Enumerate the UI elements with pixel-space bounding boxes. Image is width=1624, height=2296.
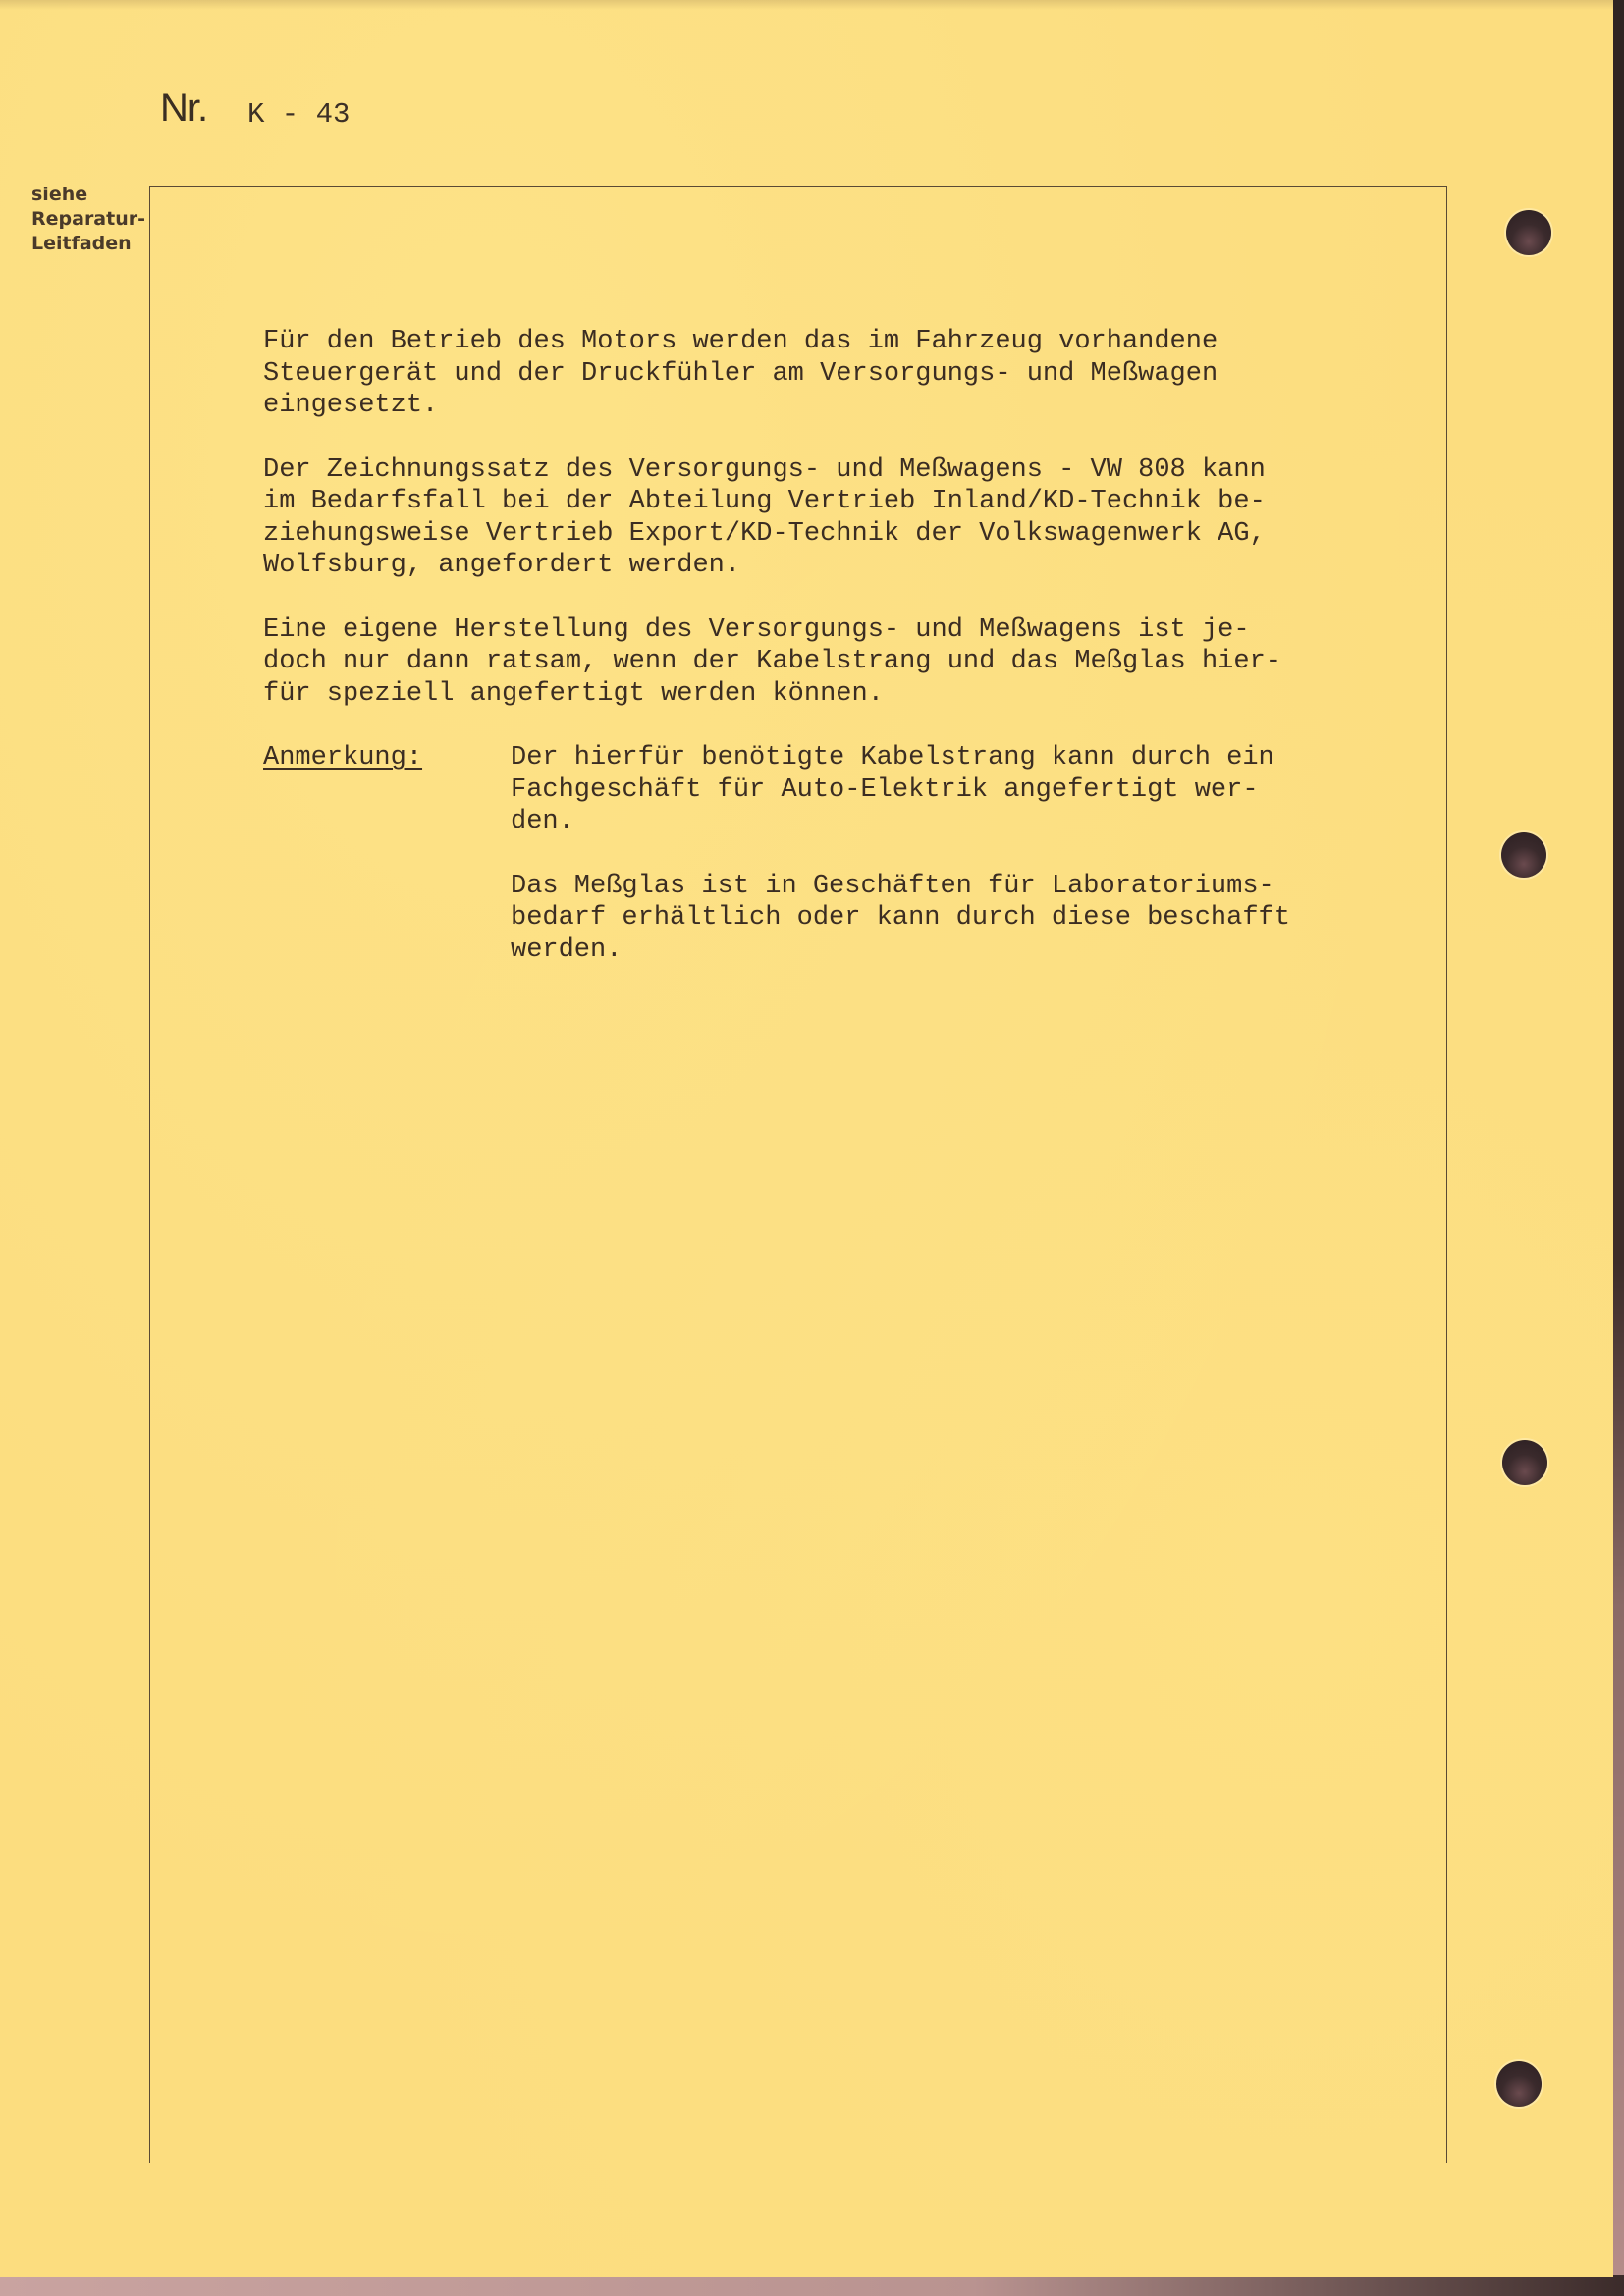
text-line: Das Meßglas ist in Geschäften für Labora… xyxy=(511,871,1422,903)
note-section: Anmerkung: Der hierfür benötigte Kabelst… xyxy=(263,742,1422,998)
background-edge-bottom xyxy=(0,2275,1624,2296)
text-line: eingesetzt. xyxy=(263,390,1422,422)
text-line: für speziell angefertigt werden können. xyxy=(263,678,1422,711)
text-line: den. xyxy=(511,806,1422,838)
side-note-line: Leitfaden xyxy=(31,232,145,256)
note-paragraph-cable-harness: Der hierfür benötigte Kabelstrang kann d… xyxy=(511,742,1422,838)
punch-hole-icon xyxy=(1501,832,1546,878)
document-number-value: K - 43 xyxy=(247,98,350,131)
note-label: Anmerkung: xyxy=(263,742,511,998)
punch-hole-icon xyxy=(1506,210,1551,255)
page-top-shadow xyxy=(0,0,1613,10)
side-note-line: Reparatur- xyxy=(31,207,145,232)
paragraph-motor-operation: Für den Betrieb des Motors werden das im… xyxy=(263,326,1422,422)
text-line: im Bedarfsfall bei der Abteilung Vertrie… xyxy=(263,486,1422,518)
text-line: Fachgeschäft für Auto-Elektrik angeferti… xyxy=(511,774,1422,807)
punch-hole-icon xyxy=(1496,2061,1542,2107)
text-line: Eine eigene Herstellung des Versorgungs-… xyxy=(263,614,1422,647)
text-line: ziehungsweise Vertrieb Export/KD-Technik… xyxy=(263,518,1422,551)
paragraph-drawing-set: Der Zeichnungssatz des Versorgungs- und … xyxy=(263,454,1422,582)
paragraph-own-manufacture: Eine eigene Herstellung des Versorgungs-… xyxy=(263,614,1422,711)
document-number-label: Nr. xyxy=(160,86,207,131)
document-body: Für den Betrieb des Motors werden das im… xyxy=(263,326,1422,998)
note-body: Der hierfür benötigte Kabelstrang kann d… xyxy=(511,742,1422,998)
note-paragraph-measuring-glass: Das Meßglas ist in Geschäften für Labora… xyxy=(511,871,1422,967)
text-line: doch nur dann ratsam, wenn der Kabelstra… xyxy=(263,646,1422,678)
background-edge-right xyxy=(1613,0,1624,2296)
text-line: werden. xyxy=(511,934,1422,967)
text-line: Der Zeichnungssatz des Versorgungs- und … xyxy=(263,454,1422,487)
text-line: Der hierfür benötigte Kabelstrang kann d… xyxy=(511,742,1422,774)
text-line: Für den Betrieb des Motors werden das im… xyxy=(263,326,1422,358)
text-line: Steuergerät und der Druckfühler am Verso… xyxy=(263,358,1422,391)
punch-hole-icon xyxy=(1502,1440,1547,1485)
side-note: siehe Reparatur- Leitfaden xyxy=(31,183,145,256)
text-line: bedarf erhältlich oder kann durch diese … xyxy=(511,902,1422,934)
side-note-line: siehe xyxy=(31,183,145,207)
document-page: Nr. K - 43 siehe Reparatur- Leitfaden Fü… xyxy=(0,0,1613,2277)
text-line: Wolfsburg, angefordert werden. xyxy=(263,550,1422,582)
